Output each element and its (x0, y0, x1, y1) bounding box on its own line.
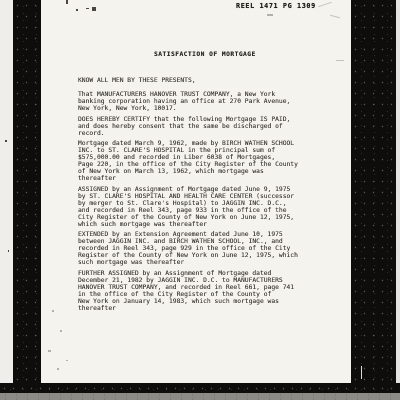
scan-speck (60, 330, 62, 332)
document-page: REEL 1471 PG 1309 SATISFACTION OF MORTGA… (41, 0, 351, 383)
scan-speck (66, 360, 68, 361)
paragraph-further-assignment: FURTHER ASSIGNED by an Assignment of Mor… (78, 270, 328, 312)
scan-speck (76, 9, 78, 11)
document-title: SATISFACTION OF MORTGAGE (154, 51, 256, 58)
scan-speck (92, 7, 96, 11)
scan-speck (5, 140, 7, 142)
paragraph-mortgage-description: Mortgage dated March 9, 1962, made by BI… (78, 140, 328, 182)
document-body: KNOW ALL MEN BY THESE PRESENTS, That MAN… (78, 77, 328, 315)
scan-speck (57, 368, 59, 370)
scan-speck (66, 0, 68, 4)
scan-speck (48, 350, 51, 352)
paragraph-certification: DOES HEREBY CERTIFY that the following M… (78, 116, 328, 137)
black-border-right (351, 0, 396, 396)
paragraph-certifying-party: That MANUFACTURERS HANOVER TRUST COMPANY… (78, 91, 328, 112)
pencil-scribble (336, 60, 344, 61)
film-scratch (361, 366, 362, 379)
scan-smudge (267, 14, 273, 16)
reel-page-stamp: REEL 1471 PG 1309 (236, 2, 316, 10)
paragraph-extension: EXTENDED by an Extension Agreement dated… (78, 231, 328, 266)
film-strip-bottom (0, 393, 400, 400)
black-border-left (13, 0, 41, 396)
film-edge-right (396, 0, 400, 383)
scan-speck (52, 310, 54, 312)
film-edge-left (0, 0, 13, 383)
scan-speck (86, 8, 89, 9)
paragraph-presents: KNOW ALL MEN BY THESE PRESENTS, (78, 77, 328, 84)
scan-speck (8, 250, 9, 252)
scanned-document-photo: REEL 1471 PG 1309 SATISFACTION OF MORTGA… (0, 0, 400, 400)
paragraph-assignment: ASSIGNED by an Assignment of Mortgage da… (78, 186, 328, 228)
